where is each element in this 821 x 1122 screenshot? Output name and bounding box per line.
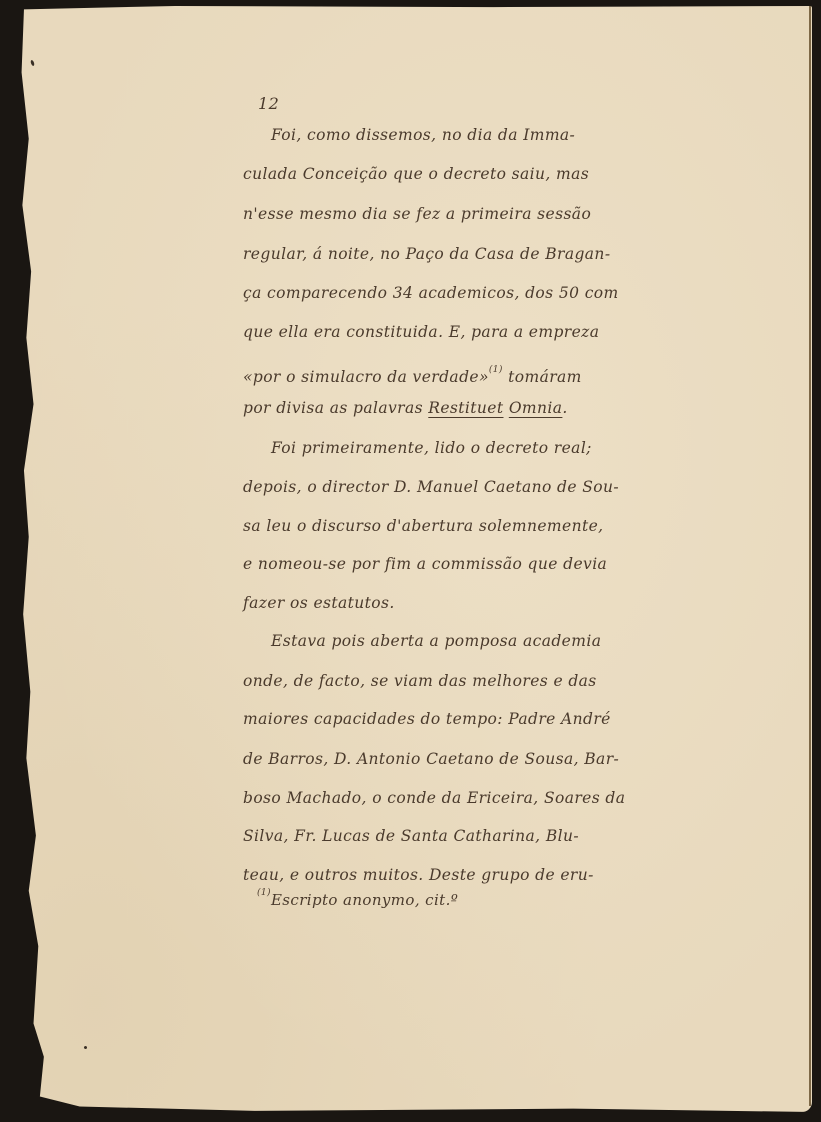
text-line: fazer os estatutos.: [243, 593, 395, 613]
text-line: Estava pois aberta a pomposa academia: [271, 631, 601, 651]
period: .: [562, 399, 567, 417]
motto-omnia: Omnia: [509, 399, 563, 417]
quote-text: «por o simulacro da verdade»: [243, 368, 489, 386]
text-line: maiores capacidades do tempo: Padre Andr…: [243, 709, 611, 729]
text-line: boso Machado, o conde da Ericeira, Soare…: [243, 788, 625, 808]
footnote-marker: (1): [257, 888, 271, 898]
text-line: onde, de facto, se viam das melhores e d…: [243, 671, 597, 691]
text-line: de Barros, D. Antonio Caetano de Sousa, …: [243, 749, 619, 769]
text-line: que ella era constituida. E, para a empr…: [243, 322, 599, 342]
text-line: culada Conceição que o decreto saiu, mas: [243, 164, 589, 184]
page-number: 12: [258, 94, 279, 113]
text-line: depois, o director D. Manuel Caetano de …: [243, 477, 619, 497]
page-right-edge: [809, 6, 811, 1106]
text-line: sa leu o discurso d'abertura solemnement…: [243, 516, 604, 536]
text-line: Foi primeiramente, lido o decreto real;: [271, 438, 592, 458]
text-line: n'esse mesmo dia se fez a primeira sessã…: [243, 204, 591, 224]
text-fragment: por divisa as palavras: [243, 399, 423, 417]
text-line: Foi, como dissemos, no dia da Imma-: [271, 125, 575, 145]
text-line: teau, e outros muitos. Deste grupo de er…: [243, 865, 594, 885]
text-line: e nomeou-se por fim a commissão que devi…: [243, 554, 607, 574]
text-line: «por o simulacro da verdade»(1) tomáram: [243, 360, 582, 387]
text-line: por divisa as palavras Restituet Omnia.: [243, 398, 568, 418]
footnote: (1)Escripto anonymo, cit.º: [257, 888, 458, 909]
scan-background: 12 Foi, como dissemos, no dia da Imma- c…: [0, 0, 821, 1122]
text-fragment: tomáram: [508, 368, 582, 386]
motto-restituet: Restituet: [428, 399, 503, 417]
footnote-marker: (1): [489, 365, 503, 375]
text-line: ça comparecendo 34 academicos, dos 50 co…: [243, 283, 619, 303]
footnote-text: Escripto anonymo, cit.º: [271, 891, 458, 909]
text-line: regular, á noite, no Paço da Casa de Bra…: [243, 244, 610, 264]
text-line: Silva, Fr. Lucas de Santa Catharina, Blu…: [243, 826, 579, 846]
